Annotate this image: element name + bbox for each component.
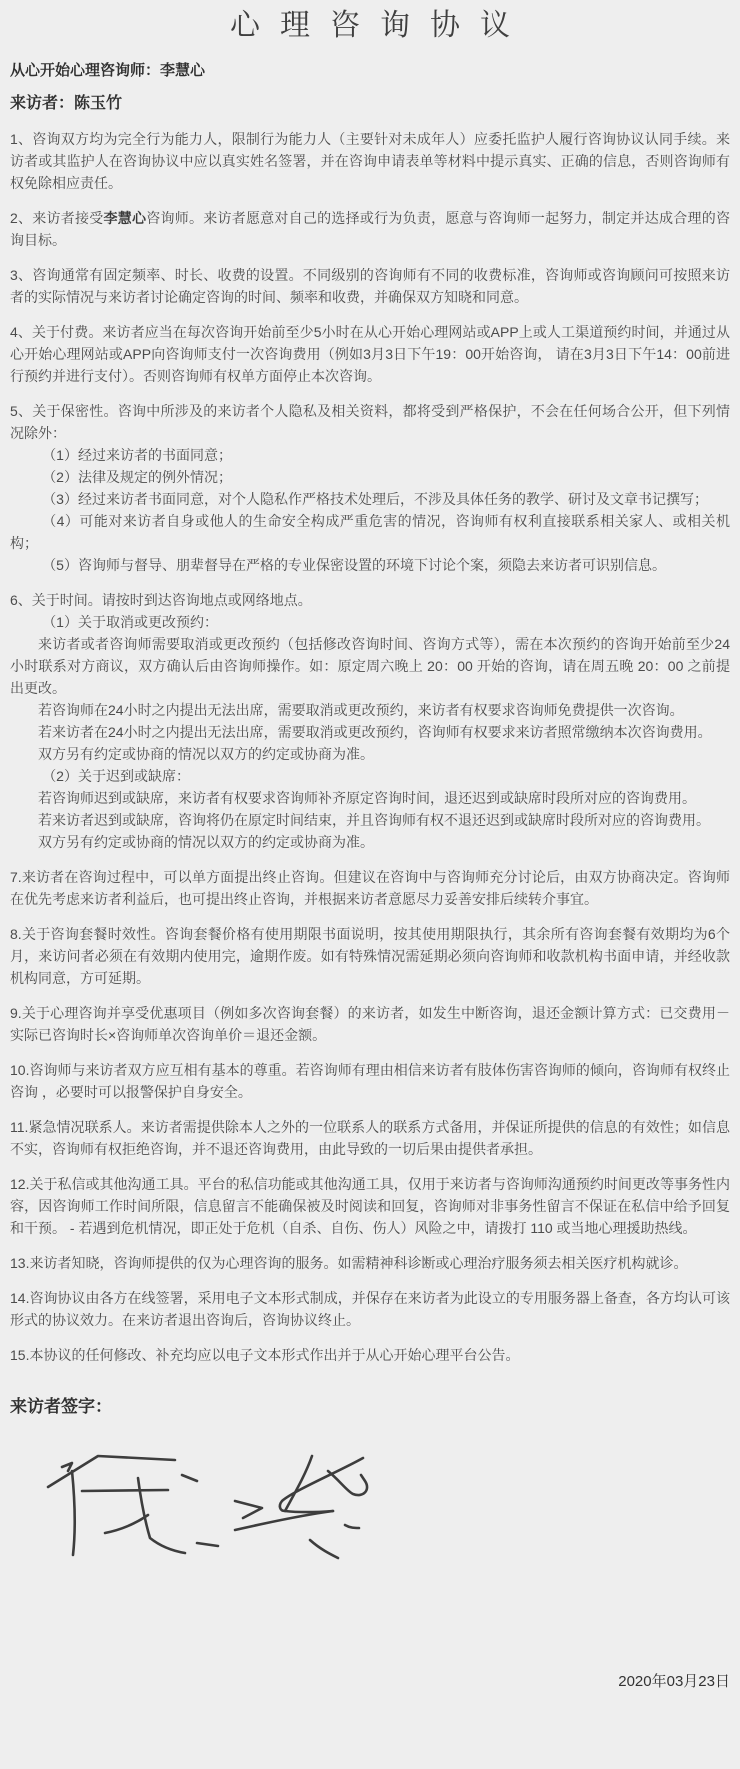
clause-8: 8.关于咨询套餐时效性。咨询套餐价格有使用期限书面说明，按其使用期限执行，其余所… bbox=[10, 923, 730, 989]
clause-2-prefix: 2、来访者接受 bbox=[10, 210, 104, 226]
clause-6-sub1-p2: 若咨询师在24小时之内提出无法出席，需要取消或更改预约，来访者有权要求咨询师免费… bbox=[10, 699, 730, 721]
signing-date: 2020年03月23日 bbox=[618, 1672, 730, 1692]
clause-15: 15.本协议的任何修改、补充均应以电子文本形式作出并于从心开始心理平台公告。 bbox=[10, 1344, 730, 1366]
clause-6-sub2-p3: 双方另有约定或协商的情况以双方的约定或协商为准。 bbox=[10, 831, 730, 853]
clause-14: 14.咨询协议由各方在线签署，采用电子文本形式制成，并保存在来访者为此设立的专用… bbox=[10, 1287, 730, 1331]
clause-2-counselor-name: 李慧心 bbox=[104, 210, 147, 226]
clause-4: 4、关于付费。来访者应当在每次咨询开始前至少5小时在从心开始心理网站或APP上或… bbox=[10, 321, 730, 387]
clause-5-item-1: （1）经过来访者的书面同意； bbox=[10, 444, 730, 466]
clause-6-sub1-title: （1）关于取消或更改预约： bbox=[10, 611, 730, 633]
clause-12: 12.关于私信或其他沟通工具。平台的私信功能或其他沟通工具，仅用于来访者与咨询师… bbox=[10, 1173, 730, 1239]
clause-5-intro: 5、关于保密性。咨询中所涉及的来访者个人隐私及相关资料，都将受到严格保护，不会在… bbox=[10, 400, 730, 444]
counselor-line: 从心开始心理咨询师：李慧心 bbox=[10, 61, 730, 81]
clause-list: 1、咨询双方均为完全行为能力人，限制行为能力人（主要针对未成年人）应委托监护人履… bbox=[10, 128, 730, 1366]
clause-6-intro: 6、关于时间。请按时到达咨询地点或网络地点。 bbox=[10, 589, 730, 611]
clause-13: 13.来访者知晓，咨询师提供的仅为心理咨询的服务。如需精神科诊断或心理治疗服务须… bbox=[10, 1252, 730, 1274]
clause-5-item-4: （4）可能对来访者自身或他人的生命安全构成严重危害的情况，咨询师有权利直接联系相… bbox=[10, 510, 730, 554]
visitor-line: 来访者：陈玉竹 bbox=[10, 93, 730, 115]
clause-9: 9.关于心理咨询并享受优惠项目（例如多次咨询套餐）的来访者，如发生中断咨询，退还… bbox=[10, 1002, 730, 1046]
clause-6-sub2-title: （2）关于迟到或缺席： bbox=[10, 765, 730, 787]
clause-7: 7.来访者在咨询过程中，可以单方面提出终止咨询。但建议在咨询中与咨询师充分讨论后… bbox=[10, 866, 730, 910]
clause-6-sub1-p1: 来访者或者咨询师需要取消或更改预约（包括修改咨询时间、咨询方式等），需在本次预约… bbox=[10, 633, 730, 699]
clause-6-sub2-p1: 若咨询师迟到或缺席，来访者有权要求咨询师补齐原定咨询时间，退还迟到或缺席时段所对… bbox=[10, 787, 730, 809]
clause-2: 2、来访者接受李慧心咨询师。来访者愿意对自己的选择或行为负责，愿意与咨询师一起努… bbox=[10, 207, 730, 251]
clause-5-item-5: （5）咨询师与督导、朋辈督导在严格的专业保密设置的环境下讨论个案，须隐去来访者可… bbox=[10, 554, 730, 576]
visitor-signature bbox=[35, 1446, 730, 1576]
handwritten-signature-image bbox=[35, 1446, 385, 1576]
clause-6-sub2-p2: 若来访者迟到或缺席，咨询将仍在原定时间结束，并且咨询师有权不退还迟到或缺席时段所… bbox=[10, 809, 730, 831]
clause-3: 3、咨询通常有固定频率、时长、收费的设置。不同级别的咨询师有不同的收费标准，咨询… bbox=[10, 264, 730, 308]
clause-5-item-3: （3）经过来访者书面同意，对个人隐私作严格技术处理后，不涉及具体任务的教学、研讨… bbox=[10, 488, 730, 510]
clause-5-item-2: （2）法律及规定的例外情况； bbox=[10, 466, 730, 488]
clause-6-sub1-p4: 双方另有约定或协商的情况以双方的约定或协商为准。 bbox=[10, 743, 730, 765]
clause-6-sub1-p3: 若来访者在24小时之内提出无法出席，需要取消或更改预约，咨询师有权要求来访者照常… bbox=[10, 721, 730, 743]
clause-10: 10.咨询师与来访者双方应互相有基本的尊重。若咨询师有理由相信来访者有肢体伤害咨… bbox=[10, 1059, 730, 1103]
page-title: 心理咨询协议 bbox=[10, 4, 730, 46]
clause-1: 1、咨询双方均为完全行为能力人，限制行为能力人（主要针对未成年人）应委托监护人履… bbox=[10, 128, 730, 194]
agreement-page: 心理咨询协议 从心开始心理咨询师：李慧心 来访者：陈玉竹 1、咨询双方均为完全行… bbox=[0, 0, 740, 1769]
clause-6: 6、关于时间。请按时到达咨询地点或网络地点。 （1）关于取消或更改预约： 来访者… bbox=[10, 589, 730, 853]
visitor-signature-label: 来访者签字： bbox=[10, 1396, 730, 1418]
clause-5: 5、关于保密性。咨询中所涉及的来访者个人隐私及相关资料，都将受到严格保护，不会在… bbox=[10, 400, 730, 576]
clause-11: 11.紧急情况联系人。来访者需提供除本人之外的一位联系人的联系方式备用，并保证所… bbox=[10, 1116, 730, 1160]
